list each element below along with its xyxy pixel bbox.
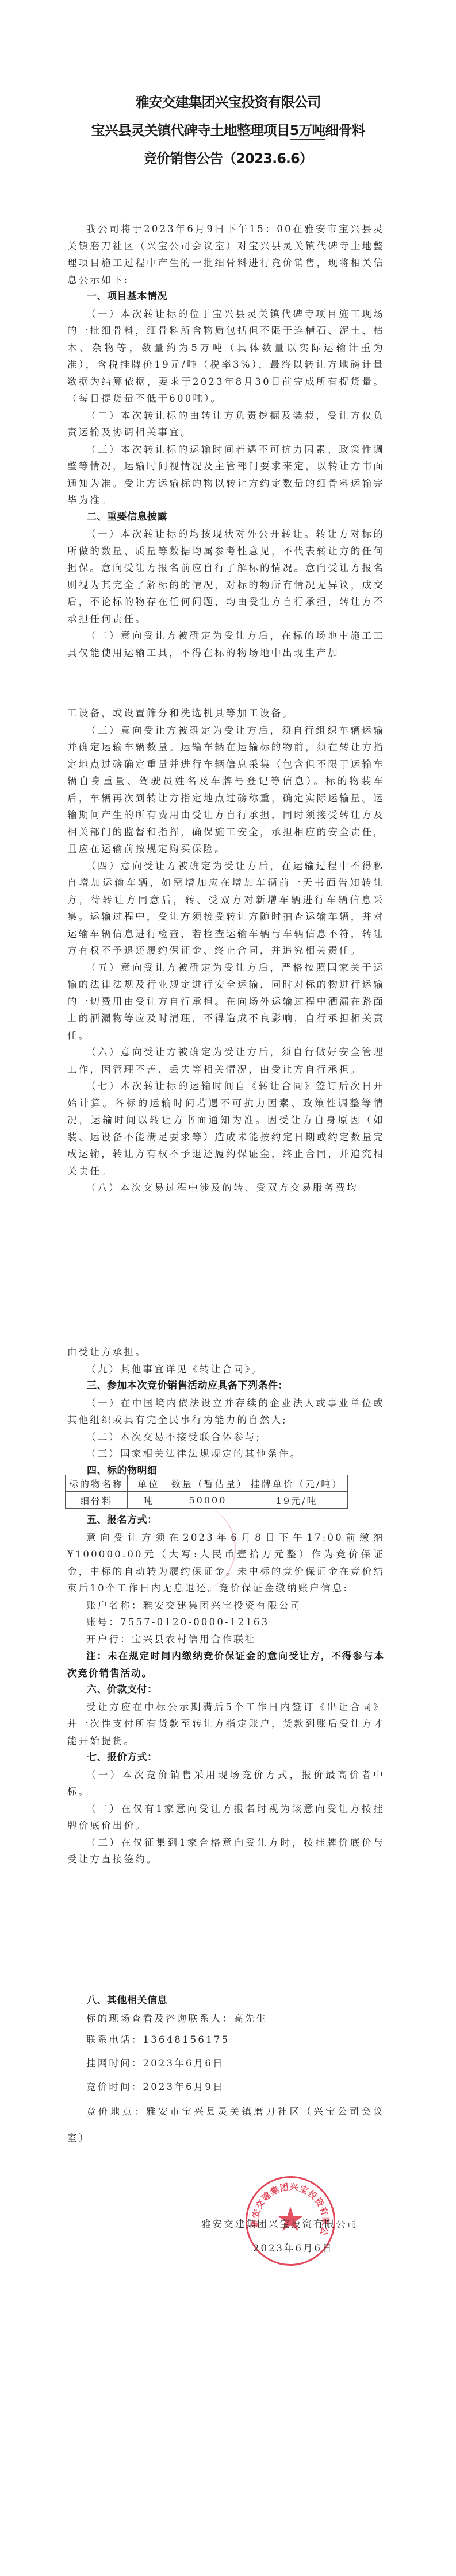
section-5-text: 意向受让方须在2023年6月8日下午17:00前缴纳¥100000.00元（大写… [67, 1529, 385, 1597]
title-notice: 竞价销售公告（2023.6.6） [0, 147, 456, 167]
section-block-4: 五、报名方式： 意向受让方须在2023年6月8日下午17:00前缴纳¥10000… [67, 1512, 385, 1868]
section-1-heading: 一、项目基本情况 [67, 288, 385, 306]
table-header: 挂牌单价（元/吨） [246, 1475, 348, 1492]
section-2-item-6: （六）意向受让方被确定为受让方后，须自行做好安全管理工作，因管理不善、丢失等相关… [67, 1044, 385, 1078]
section-3-item-3: （三）国家相关法律法规规定的其他条件。 [67, 1445, 385, 1463]
section-block-1: 我公司将于2023年6月9日下午15：00在雅安市宝兴县灵关镇磨刀社区（兴宝公司… [67, 221, 385, 661]
table-header: 单位 [128, 1475, 170, 1492]
account-name: 账户名称：雅安交建集团兴宝投资有限公司 [67, 1597, 385, 1614]
table-header: 标的物名称 [66, 1475, 128, 1492]
table-cell: 细骨料 [66, 1492, 128, 1509]
account-number: 账号：7557-0120-0000-12163 [67, 1614, 385, 1631]
section-5-heading: 五、报名方式： [67, 1512, 385, 1529]
section-2-item-2a: （二）意向受让方被确定为受让方后，在标的场地中施工工具仅能使用运输工具，不得在标… [67, 627, 385, 661]
intro-paragraph: 我公司将于2023年6月9日下午15：00在雅安市宝兴县灵关镇磨刀社区（兴宝公司… [67, 221, 385, 288]
section-1-item-2: （二）本次转让标的由转让方负责挖掘及装载，受让方仅负责运输及协调相关事宜。 [67, 407, 385, 441]
section-block-5: 八、其他相关信息 标的现场查看及咨询联系人：高先生 联系电话：136481561… [67, 1991, 385, 2151]
section-7-item-1: （一）本次竞价销售采用现场竞价方式，报价最高价者中标。 [67, 1767, 385, 1800]
title-project-post: 细骨料 [325, 122, 365, 138]
section-3-heading: 三、参加本次竞价销售活动应具备下列条件： [67, 1378, 385, 1395]
section-8-heading: 八、其他相关信息 [67, 1991, 385, 2010]
table-header-row: 标的物名称 单位 数量（暂估量） 挂牌单价（元/吨） [66, 1475, 348, 1492]
section-7-item-2: （二）在仅有1家意向受让方报名时视为该意向受让方按挂牌价底价出价。 [67, 1800, 385, 1834]
table-cell: 19元/吨 [246, 1492, 348, 1509]
section-3-item-2: （二）本次交易不接受联合体参与; [67, 1429, 385, 1446]
contact-phone: 联系电话：13648156175 [67, 2028, 385, 2051]
bidding-location: 竞价地点：雅安市宝兴县灵关镇磨刀社区（兴宝公司会议室） [67, 2099, 385, 2151]
section-1-item-1: （一）本次转让标的位于宝兴县灵关镇代碑寺项目施工现场的一批细骨料，细骨料所含物质… [67, 306, 385, 407]
contact-person: 标的现场查看及咨询联系人：高先生 [67, 2010, 385, 2028]
section-block-2: 工设备，或设置筛分和洗选机具等加工设备。 （三）意向受让方被确定为受让方后，须自… [67, 705, 385, 1197]
title-project: 宝兴县灵关镇代碑寺土地整理项目5万吨细骨料 [0, 119, 456, 139]
signature-company: 雅安交建集团兴宝投资有限公司 [201, 2216, 358, 2230]
section-2-item-7: （七）本次转让标的运输时间自《转让合同》签订后次日开始计算。各标的运输时间若遇不… [67, 1078, 385, 1179]
title-quantity: 5万吨 [290, 122, 325, 140]
section-2-item-2b: 工设备，或设置筛分和洗选机具等加工设备。 [67, 705, 385, 722]
items-table: 标的物名称 单位 数量（暂估量） 挂牌单价（元/吨） 细骨料 吨 50000 1… [65, 1475, 348, 1509]
section-2-item-5: （五）意向受让方被确定为受让方后，严格按照国家关于运输的法律法规及行业规定进行安… [67, 959, 385, 1044]
section-2-item-4: （四）意向受让方被确定为受让方后，在运输过程中不得私自增加运输车辆，如需增加应在… [67, 858, 385, 959]
table-header: 数量（暂估量） [170, 1475, 246, 1492]
bidding-time: 竞价时间：2023年6月9日 [67, 2075, 385, 2099]
section-2-item-1: （一）本次转让标的均按现状对外公开转让。转让方对标的所做的数量、质量等数据均属参… [67, 526, 385, 627]
section-1-item-3: （三）本次转让标的运输时间若遇不可抗力因素、政策性调整等情况，运输时间视情况及主… [67, 441, 385, 509]
listing-time: 挂网时间：2023年6月6日 [67, 2051, 385, 2075]
table-row: 细骨料 吨 50000 19元/吨 [66, 1492, 348, 1509]
table-cell: 50000 [170, 1492, 246, 1509]
title-company: 雅安交建集团兴宝投资有限公司 [0, 91, 456, 111]
section-2-item-3: （三）意向受让方被确定为受让方后，须自行组织车辆运输并确定运输车辆数量。运输车辆… [67, 722, 385, 858]
bank-name: 开户行：宝兴县农村信用合作联社 [67, 1631, 385, 1648]
section-7-item-3: （三）在仅征集到1家合格意向受让方时，按挂牌价底价与受让方直接签约。 [67, 1834, 385, 1868]
signature-date: 2023年6月6日 [253, 2240, 334, 2254]
section-7-heading: 七、报价方式： [67, 1749, 385, 1767]
section-2-item-8b: 由受让方承担。 [67, 1344, 385, 1361]
table-cell: 吨 [128, 1492, 170, 1509]
title-project-pre: 宝兴县灵关镇代碑寺土地整理项目 [91, 122, 290, 138]
section-2-item-8a: （八）本次交易过程中涉及的转、受双方交易服务费均 [67, 1179, 385, 1197]
deposit-note: 注：未在规定时间内缴纳竞价保证金的意向受让方，不得参与本次竞价销售活动。 [67, 1648, 385, 1682]
section-6-heading: 六、价款支付： [67, 1682, 385, 1699]
document-page: 雅安交建集团兴宝投资有限公司 宝兴县灵关镇代碑寺土地整理项目5万吨细骨料 竞价销… [0, 0, 456, 2576]
section-6-text: 受让方应在中标公示期满后5个工作日内签订《出让合同》并一次性支付所有货款至转让方… [67, 1699, 385, 1750]
section-block-3: 由受让方承担。 （九）其他事宜详见《转让合同》。 三、参加本次竞价销售活动应具备… [67, 1344, 385, 1479]
section-2-item-9: （九）其他事宜详见《转让合同》。 [67, 1361, 385, 1378]
section-2-heading: 二、重要信息披露 [67, 509, 385, 526]
section-3-item-1: （一）在中国境内依法设立并存续的企业法人或事业单位或其他组织或具有完全民事行为能… [67, 1395, 385, 1429]
